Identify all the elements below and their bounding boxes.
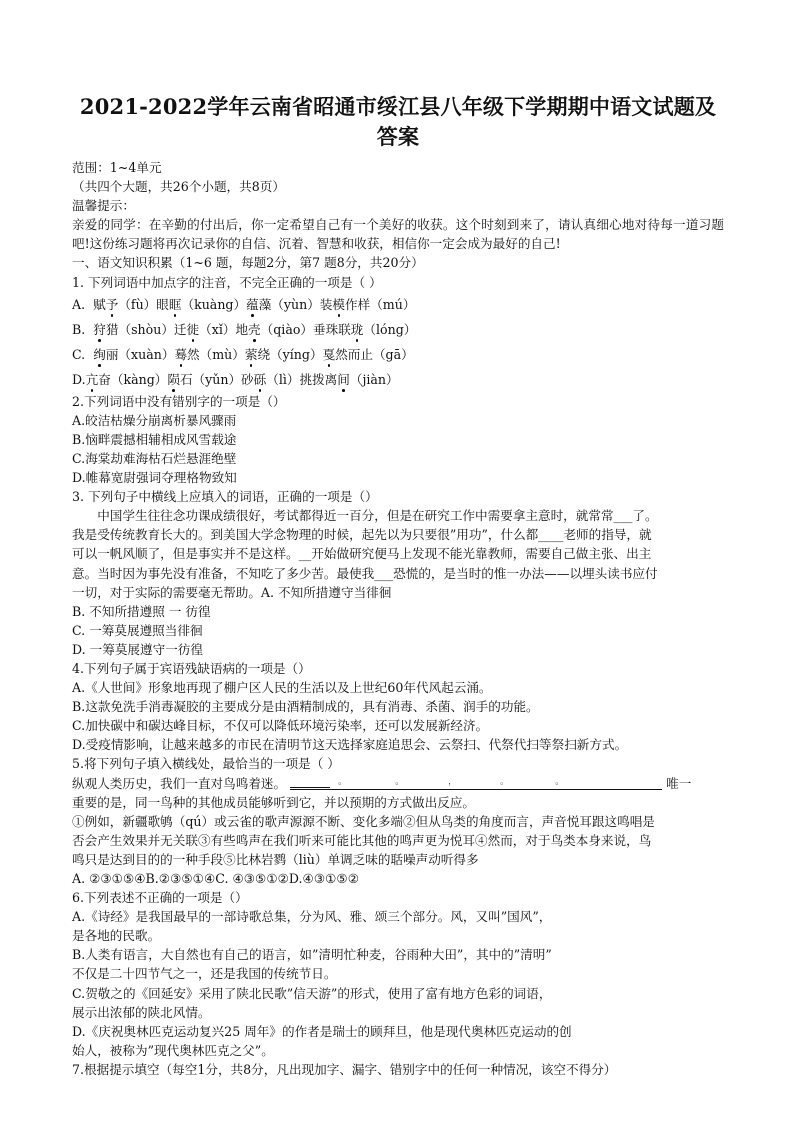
question-stem: 5.将下列句子填入横线处，最恰当的一项是（ ） [72,754,724,773]
question-stem: 2.下列词语中没有错别字的一项是（） [72,392,724,411]
question-2: 2.下列词语中没有错别字的一项是（） A.皎洁枯燥分崩离析暴风骤雨 B.恼畔震撼… [72,392,724,487]
question-1: 1. 下列词语中加点字的注音，不完全正确的一项是（ ） A. 赋予（fù）眼眶（… [72,273,724,392]
emphasis-dot-char: 砾 [254,372,267,387]
emphasis-dot-char: 壳 [248,322,261,337]
option-a-cont: 是各地的民歌。 [72,926,724,945]
options-line: A. ②③①⑤④B.②③⑤①④C. ④③⑤①②D.④③①⑤② [72,869,724,888]
option-c-cont: 展示出浓郁的陕北风情。 [72,1003,724,1022]
option-a: A.《人世间》形象地再现了棚户区人民的生活以及上世纪60年代风起云涌。 [72,678,724,697]
passage-line: 意。当时因为事先没有准备，不知吃了多少苦。最使我___恐慌的，是当时的惟一办法—… [72,564,724,583]
option-b: B. 不知所措遵照 一 彷徨 [72,602,724,621]
option-c: C.加快碳中和碳达峰目标，不仅可以降低环境污染率，还可以发展新经济。 [72,716,724,735]
emphasis-dot-char: 陨 [167,372,180,387]
exam-page: 2021-2022学年云南省昭通市绥江县八年级下学期期中语文试题及答案 范围：1… [72,92,724,1079]
answer-blank: 。 。 ， 。 。 [290,775,662,790]
question-7: 7.根据提示填空（每空1分，共8分，凡出现加字、漏字、错别字中的任何一种情况，该… [72,1060,724,1079]
structure-line: （共四个大题，共26个小题，共8页） [72,177,724,196]
option-a: A. 赋予（fù）眼眶（kuàng）蕴藻（yùn）装模作样（mú） [72,292,724,317]
emphasis-dot-char: 狩 [93,322,106,337]
option-b: B. 狩猎（shòu）迁徙（xǐ）地壳（qiào）垂珠联珑（lóng） [72,317,724,342]
option-d: D.《庆祝奥林匹克运动复兴25 周年》的作者是瑞士的顾拜旦，他是现代奥林匹克运动… [72,1022,724,1041]
emphasis-dot-char: 亢 [86,372,99,387]
sentence-line: 鸣只是达到目的的一种手段⑤比林岩鹨（liù）单调乏味的聒噪声动听得多 [72,850,724,869]
option-a: A.《诗经》是我国最早的一部诗歌总集，分为风、雅、颂三个部分。风，又叫”国风”， [72,907,724,926]
tips-text: 亲爱的同学：在辛勤的付出后，你一定希望自己有一个美好的收获。这个时刻到来了，请认… [72,215,724,253]
option-c: C.贺敬之的《回延安》采用了陕北民歌”信天游”的形式，使用了富有地方色彩的词语， [72,984,724,1003]
emphasis-dot-char: 绚 [93,347,106,362]
emphasis-dot-char: 蕴 [246,297,259,312]
tips-label: 温馨提示： [72,196,724,215]
lead-text: 纵观人类历史，我们一直对鸟鸣着迷。 [72,776,286,791]
emphasis-dot-char: 模 [332,297,345,312]
passage-line: 重要的是，同一鸟种的其他成员能够听到它，并以预期的方式做出反应。 [72,793,724,812]
option-b-cont: 不仅是二十四节气之一，还是我国的传统节日。 [72,964,724,983]
emphasis-dot-char: 予 [106,297,119,312]
question-5: 5.将下列句子填入横线处，最恰当的一项是（ ） 纵观人类历史，我们一直对鸟鸣着迷… [72,754,724,888]
option-b: B.人类有语言，大自然也有自己的语言，如”清明忙种麦，谷雨种大田”，其中的”清明… [72,945,724,964]
question-3: 3. 下列句子中横线上应填入的词语，正确的一项是（） 中国学生往往念功课成绩很好… [72,487,724,659]
document-title: 2021-2022学年云南省昭通市绥江县八年级下学期期中语文试题及答案 [72,92,724,152]
emphasis-dot-char: 萦 [245,347,258,362]
section-heading: 一、语文知识积累（1~6 题，每题2分，第7 题8分，共20分） [72,253,724,272]
option-d: D.受疫情影响，让越来越多的市民在清明节这天选择家庭追思会、云祭扫、代祭代扫等祭… [72,735,724,754]
question-4: 4.下列句子属于宾语残缺语病的一项是（） A.《人世间》形象地再现了棚户区人民的… [72,659,724,754]
question-stem: 7.根据提示填空（每空1分，共8分，凡出现加字、漏字、错别字中的任何一种情况，该… [72,1060,724,1079]
emphasis-dot-char: 眶 [169,297,182,312]
passage-line: 中国学生往往念功课成绩很好，考试都得近一百分，但是在研究工作中需要拿主意时，就常… [72,506,724,525]
passage-line: 一切，对于实际的需要毫无帮助。A. 不知所措遵守当徘徊 [72,583,724,602]
option-a: A.皎洁枯燥分崩离析暴风骤雨 [72,411,724,430]
question-stem: 1. 下列词语中加点字的注音，不完全正确的一项是（ ） [72,273,724,292]
after-blank-text: 唯一 [666,776,691,791]
emphasis-dot-char: 珑 [351,322,364,337]
option-c: C. 一筹莫展遵照当徘徊 [72,621,724,640]
passage-line: 可以一帆风顺了，但是事实并不是这样。__开始做研究便马上发现不能光靠教师，需要自… [72,544,724,563]
emphasis-dot-char: 徙 [187,322,200,337]
option-c: C.海棠劫难海枯石烂悬涯绝壁 [72,449,724,468]
option-d-cont: 始人，被称为”现代奥林匹克之父”。 [72,1041,724,1060]
option-c: C. 绚丽（xuàn）蓦然（mù）萦绕（yíng）戛然而止（gā） [72,342,724,367]
option-d: D. 一筹莫展遵守一彷徨 [72,640,724,659]
emphasis-dot-char: 蓦 [174,347,187,362]
sentence-line: ①例如，新疆歌鸲（qú）或云雀的歌声源源不断、变化多端②但从鸟类的角度而言，声音… [72,812,724,831]
question-stem: 6.下列表述不正确的一项是（） [72,888,724,907]
question-stem: 3. 下列句子中横线上应填入的词语，正确的一项是（） [72,487,724,506]
option-d: D.帷幕宽尉强词夺理格物致知 [72,468,724,487]
sentence-line: 否会产生效果并无关联③有些鸣声在我们听来可能比其他的鸣声更为悦耳④然而，对于鸟类… [72,831,724,850]
fill-blank-line: 纵观人类历史，我们一直对鸟鸣着迷。 。 。 ， 。 。 唯一 [72,774,724,793]
emphasis-dot-char: 戛 [323,347,336,362]
question-stem: 4.下列句子属于宾语残缺语病的一项是（） [72,659,724,678]
passage-line: 我是受传统教育长大的。到美国大学念物理的时候，起先以为只要很”用功”，什么都__… [72,525,724,544]
question-6: 6.下列表述不正确的一项是（） A.《诗经》是我国最早的一部诗歌总集，分为风、雅… [72,888,724,1060]
option-d: D.亢奋（kàng）陨石（yǔn）砂砾（lì）挑拨离间（jiàn） [72,367,724,392]
emphasis-dot-char: 间 [337,372,350,387]
scope-line: 范围：1~4单元 [72,158,724,177]
option-b: B.恼畔震撼相辅相成风雪载途 [72,430,724,449]
option-b: B.这款免洗手消毒凝胶的主要成分是由酒精制成的，具有消毒、杀菌、润手的功能。 [72,697,724,716]
